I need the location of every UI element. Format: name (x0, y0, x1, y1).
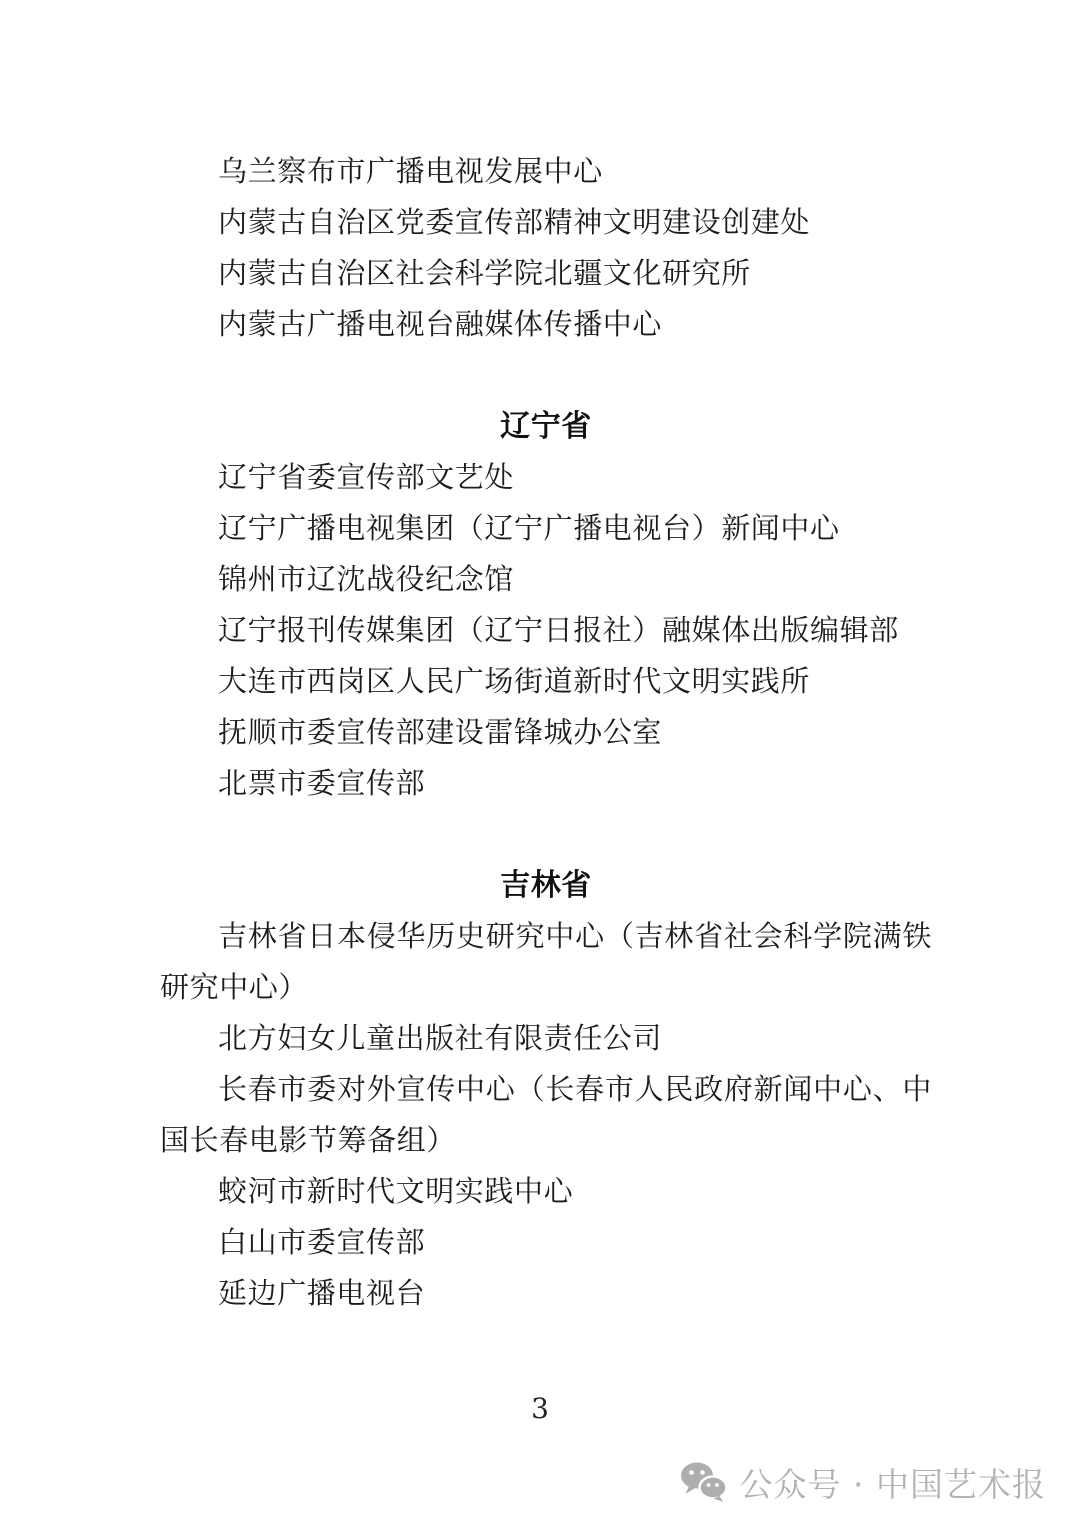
list-item: 蛟河市新时代文明实践中心 (160, 1166, 932, 1217)
page-number: 3 (0, 1392, 1080, 1426)
list-item: 内蒙古自治区社会科学院北疆文化研究所 (160, 248, 932, 299)
section-header-jilin: 吉林省 (160, 860, 932, 911)
list-item: 大连市西岗区人民广场街道新时代文明实践所 (160, 656, 932, 707)
list-item: 长春市委对外宣传中心（长春市人民政府新闻中心、中国长春电影节筹备组） (160, 1064, 932, 1166)
list-item: 北票市委宣传部 (160, 758, 932, 809)
list-item: 内蒙古自治区党委宣传部精神文明建设创建处 (160, 197, 932, 248)
list-item: 北方妇女儿童出版社有限责任公司 (160, 1013, 932, 1064)
list-item: 辽宁报刊传媒集团（辽宁日报社）融媒体出版编辑部 (160, 605, 932, 656)
list-item: 内蒙古广播电视台融媒体传播中心 (160, 299, 932, 350)
list-item: 辽宁广播电视集团（辽宁广播电视台）新闻中心 (160, 503, 932, 554)
list-item: 延边广播电视台 (160, 1268, 932, 1319)
list-item: 抚顺市委宣传部建设雷锋城办公室 (160, 707, 932, 758)
wechat-icon (680, 1461, 728, 1503)
list-item: 乌兰察布市广播电视发展中心 (160, 146, 932, 197)
list-item: 白山市委宣传部 (160, 1217, 932, 1268)
watermark: 公众号 · 中国艺术报 (680, 1460, 1046, 1504)
list-item: 辽宁省委宣传部文艺处 (160, 452, 932, 503)
list-item: 锦州市辽沈战役纪念馆 (160, 554, 932, 605)
section-header-liaoning: 辽宁省 (160, 401, 932, 452)
watermark-label: 公众号 · 中国艺术报 (740, 1459, 1046, 1506)
document-body: 乌兰察布市广播电视发展中心 内蒙古自治区党委宣传部精神文明建设创建处 内蒙古自治… (160, 146, 932, 1319)
list-item: 吉林省日本侵华历史研究中心（吉林省社会科学院满铁研究中心） (160, 911, 932, 1013)
